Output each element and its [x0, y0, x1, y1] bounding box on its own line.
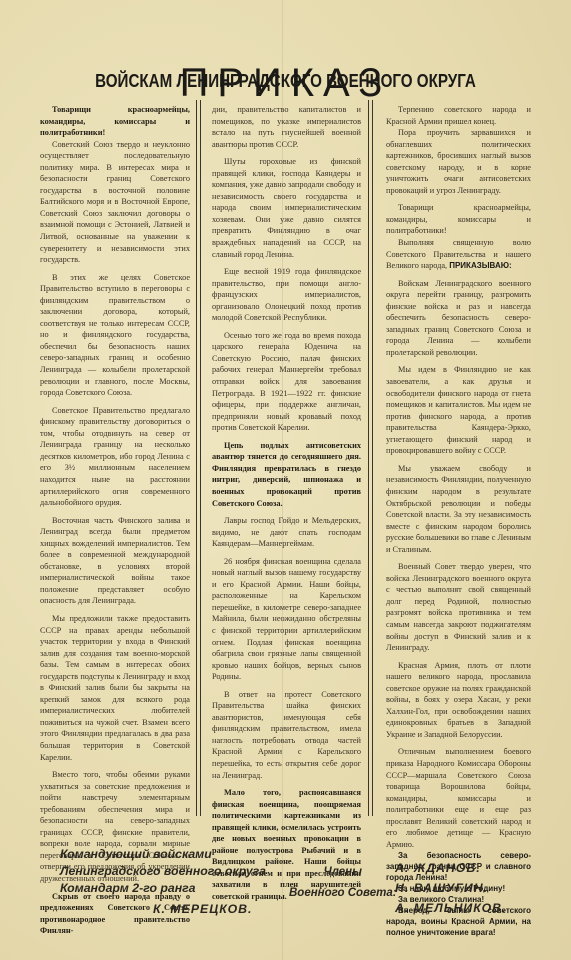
- paragraph: Восточная часть Финского залива и Ленинг…: [40, 515, 190, 607]
- paragraph: Советский Союз твердо и неуклонно осущес…: [40, 139, 190, 266]
- paragraph: Пора проучить зарвавшихся и обнаглевших …: [386, 127, 531, 196]
- text-column-2: дии, правительство капиталистов и помещи…: [212, 104, 361, 909]
- paragraph: Еще весной 1919 года финляндское правите…: [212, 266, 361, 324]
- paragraph: Шуты гороховые из финской правящей клики…: [212, 156, 361, 260]
- paragraph: Мы идем в Финляндию не как завоеватели, …: [386, 364, 531, 456]
- column-rule: [372, 100, 373, 816]
- council-member-name: Н. ВАШУГИН.: [395, 878, 506, 898]
- paragraph: В этих же целях Советское Правительство …: [40, 272, 190, 399]
- paragraph: Советское Правительство предлагало финск…: [40, 405, 190, 509]
- paragraph: Мы предложили также предоставить СССР на…: [40, 613, 190, 763]
- paragraph: Цепь подлых антисоветских авантюр тянетс…: [212, 440, 361, 509]
- paragraph: Осенью того же года во время похода царс…: [212, 330, 361, 434]
- document-subtitle: ВОЙСКАМ ЛЕНИНГРАДСКОГО ВОЕННОГО ОКРУГА: [51, 70, 519, 92]
- council-label: Члены Военного Совета:: [289, 864, 397, 902]
- paragraph: Красная Армия, плоть от плоти нашего вел…: [386, 660, 531, 741]
- council-member-name: А. ЖДАНОВ.: [395, 858, 506, 878]
- text-column-1: Товарищи красноармейцы, командиры, комис…: [40, 104, 190, 943]
- council-members: А. ЖДАНОВ. Н. ВАШУГИН. А. МЕЛЬНИКОВ.: [395, 858, 506, 918]
- council-label-line: Военного Совета:: [289, 885, 397, 902]
- paragraph: Отличным выполнением боевого приказа Нар…: [386, 746, 531, 850]
- paragraph: В ответ на протест Советского Правительс…: [212, 689, 361, 781]
- paragraph: Войскам Ленинградского военного округа п…: [386, 278, 531, 359]
- order-word: ПРИКАЗЫВАЮ:: [449, 261, 511, 270]
- column-rule: [200, 100, 201, 816]
- paragraph: Мы уважаем свободу и независимость Финля…: [386, 463, 531, 555]
- paragraph: Лавры господ Гойдо и Мельдерских, видимо…: [212, 515, 361, 550]
- paragraph: Товарищи красноармейцы, командиры, комис…: [386, 202, 531, 237]
- column-rule: [196, 100, 197, 816]
- text-column-3: Терпению советского народа и Красной Арм…: [386, 104, 531, 938]
- commander-signature: Командующий войсками Ленинградского воен…: [60, 846, 266, 918]
- commander-title-line: Командующий войсками: [60, 846, 266, 863]
- council-label-line: Члены: [289, 864, 397, 881]
- paragraph: Товарищи красноармейцы, командиры, комис…: [40, 104, 190, 139]
- column-rule: [368, 100, 369, 816]
- commander-title-line: Ленинградского военного округа: [60, 863, 266, 880]
- paragraph: 26 ноября финская военщина сделала новый…: [212, 556, 361, 683]
- commander-name: К. МЕРЕЦКОВ.: [60, 901, 266, 918]
- paragraph: Военный Совет твердо уверен, что войска …: [386, 561, 531, 653]
- paragraph: дии, правительство капиталистов и помещи…: [212, 104, 361, 150]
- council-member-name: А. МЕЛЬНИКОВ.: [395, 898, 506, 918]
- commander-rank: Командарм 2-го ранга: [60, 880, 266, 897]
- paragraph: Терпению советского народа и Красной Арм…: [386, 104, 531, 127]
